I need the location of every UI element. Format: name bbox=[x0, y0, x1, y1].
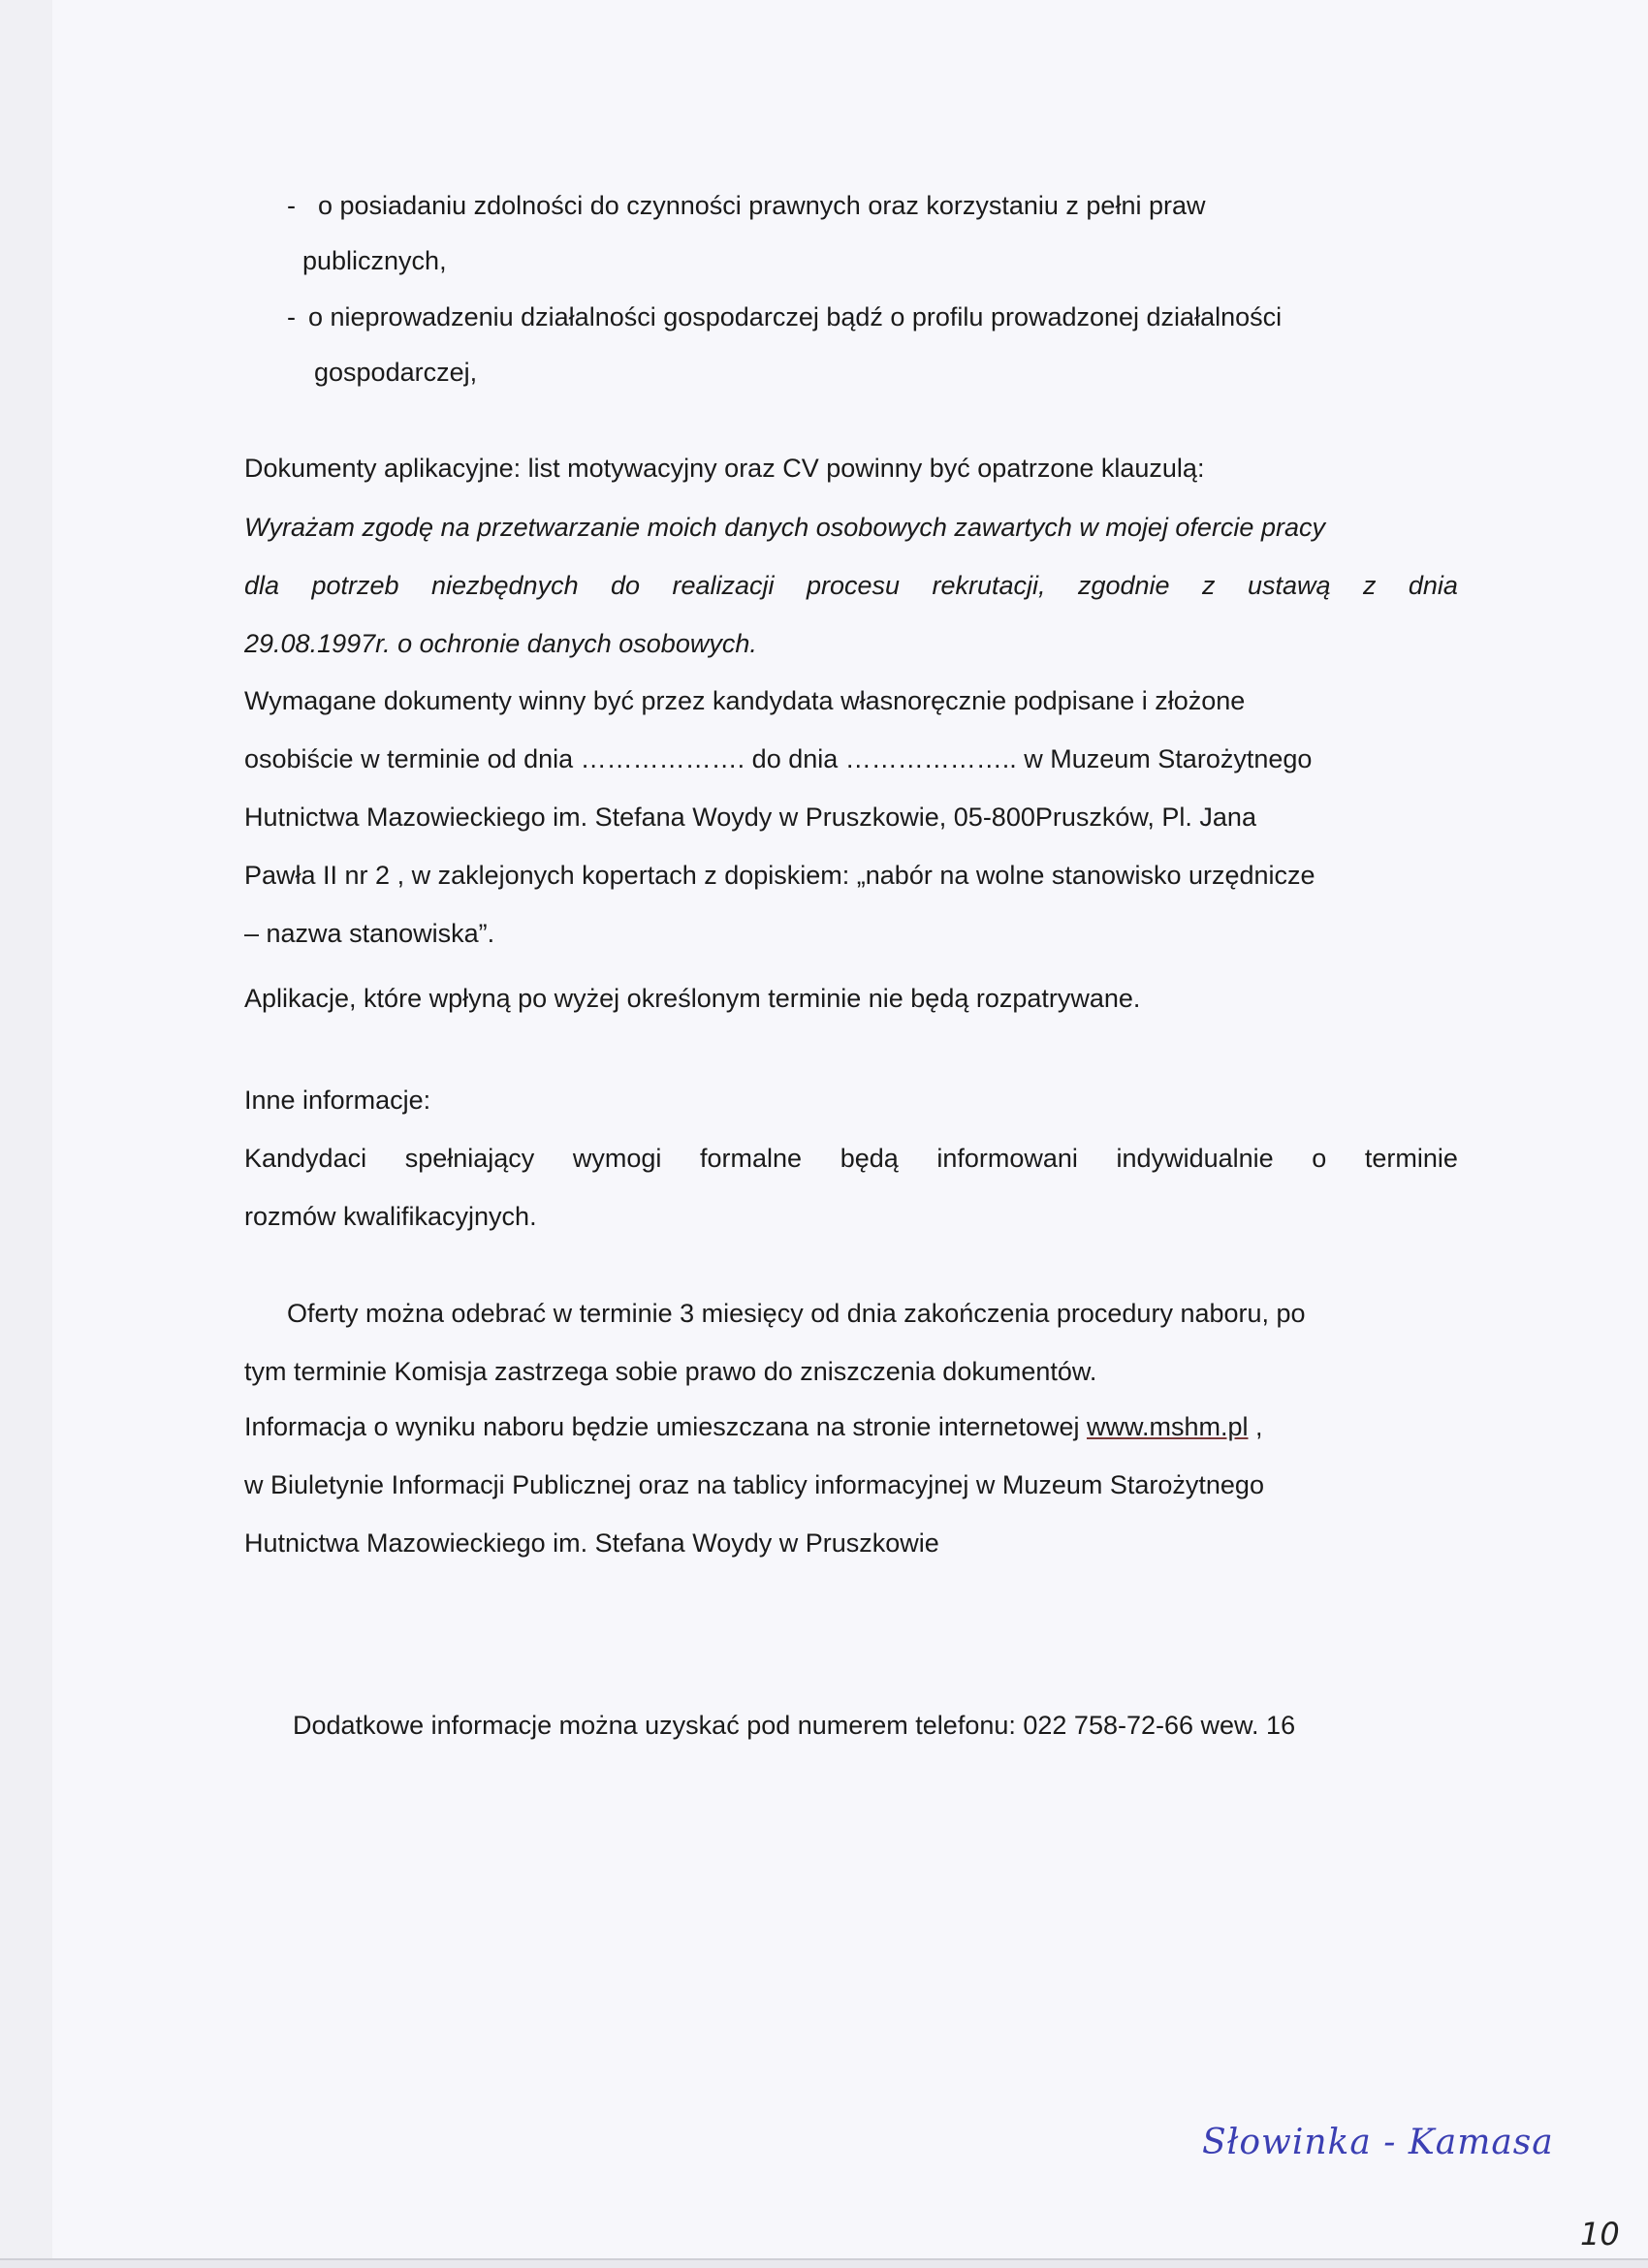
contact-line: Dodatkowe informacje można uzyskać pod n… bbox=[293, 1709, 1295, 1742]
bullet-2-line-1: o nieprowadzeniu działalności gospodarcz… bbox=[308, 300, 1282, 333]
other-info-line-2: rozmów kwalifikacyjnych. bbox=[244, 1200, 537, 1233]
word: informowani bbox=[936, 1142, 1078, 1175]
scanned-page bbox=[52, 0, 1648, 2258]
bullet-dash: - bbox=[287, 300, 296, 333]
word: indywidualnie bbox=[1117, 1142, 1274, 1175]
late-applications-note: Aplikacje, które wpłyną po wyżej określo… bbox=[244, 982, 1140, 1015]
bullet-1-line-1: o posiadaniu zdolności do czynności praw… bbox=[318, 189, 1205, 222]
submission-line-3: Hutnictwa Mazowieckiego im. Stefana Woyd… bbox=[244, 801, 1256, 834]
submission-line-2: osobiście w terminie od dnia ………………. do … bbox=[244, 742, 1312, 775]
results-info-suffix: , bbox=[1249, 1412, 1263, 1441]
word: będą bbox=[840, 1142, 899, 1175]
word: niezbędnych bbox=[431, 569, 579, 602]
clause-line-1: Wyrażam zgodę na przetwarzanie moich dan… bbox=[244, 511, 1325, 544]
submission-line-5: – nazwa stanowiska”. bbox=[244, 917, 494, 950]
word: ustawą bbox=[1248, 569, 1331, 602]
offers-line-2: tym terminie Komisja zastrzega sobie pra… bbox=[244, 1355, 1096, 1388]
word: procesu bbox=[807, 569, 900, 602]
offers-line-1: Oferty można odebrać w terminie 3 miesię… bbox=[287, 1297, 1306, 1330]
bullet-2-line-2: gospodarczej, bbox=[314, 356, 477, 389]
word: wymogi bbox=[573, 1142, 662, 1175]
word: realizacji bbox=[673, 569, 775, 602]
results-info-line-2: w Biuletynie Informacji Publicznej oraz … bbox=[244, 1468, 1264, 1501]
other-info-line-1: Kandydaci spełniający wymogi formalne bę… bbox=[244, 1142, 1458, 1175]
word: dla bbox=[244, 569, 279, 602]
word: potrzeb bbox=[311, 569, 398, 602]
bullet-1-line-2: publicznych, bbox=[302, 244, 447, 277]
website-link[interactable]: www.mshm.pl bbox=[1087, 1412, 1249, 1441]
submission-line-4: Pawła II nr 2 , w zaklejonych kopertach … bbox=[244, 859, 1315, 892]
word: dnia bbox=[1409, 569, 1458, 602]
clause-intro: Dokumenty aplikacyjne: list motywacyjny … bbox=[244, 452, 1204, 485]
word: formalne bbox=[700, 1142, 802, 1175]
bullet-dash: - bbox=[287, 189, 296, 222]
word: z bbox=[1363, 569, 1377, 602]
clause-line-2: dla potrzeb niezbędnych do realizacji pr… bbox=[244, 569, 1458, 602]
word: z bbox=[1202, 569, 1216, 602]
results-info-line-3: Hutnictwa Mazowieckiego im. Stefana Woyd… bbox=[244, 1527, 939, 1559]
page-bottom-edge bbox=[0, 2258, 1648, 2268]
results-info-prefix: Informacja o wyniku naboru będzie umiesz… bbox=[244, 1412, 1087, 1441]
clause-line-3: 29.08.1997r. o ochronie danych osobowych… bbox=[244, 627, 757, 660]
word: rekrutacji, bbox=[933, 569, 1046, 602]
word: Kandydaci bbox=[244, 1142, 366, 1175]
word: spełniający bbox=[405, 1142, 535, 1175]
other-info-heading: Inne informacje: bbox=[244, 1084, 430, 1117]
results-info-line-1: Informacja o wyniku naboru będzie umiesz… bbox=[244, 1410, 1263, 1443]
page-number: 10 bbox=[1580, 2216, 1620, 2252]
handwritten-signature: Słowinka - Kamasa bbox=[1202, 2123, 1554, 2162]
word: o bbox=[1312, 1142, 1326, 1175]
submission-line-1: Wymagane dokumenty winny być przez kandy… bbox=[244, 684, 1245, 717]
word: zgodnie bbox=[1078, 569, 1170, 602]
word: terminie bbox=[1365, 1142, 1458, 1175]
word: do bbox=[611, 569, 640, 602]
